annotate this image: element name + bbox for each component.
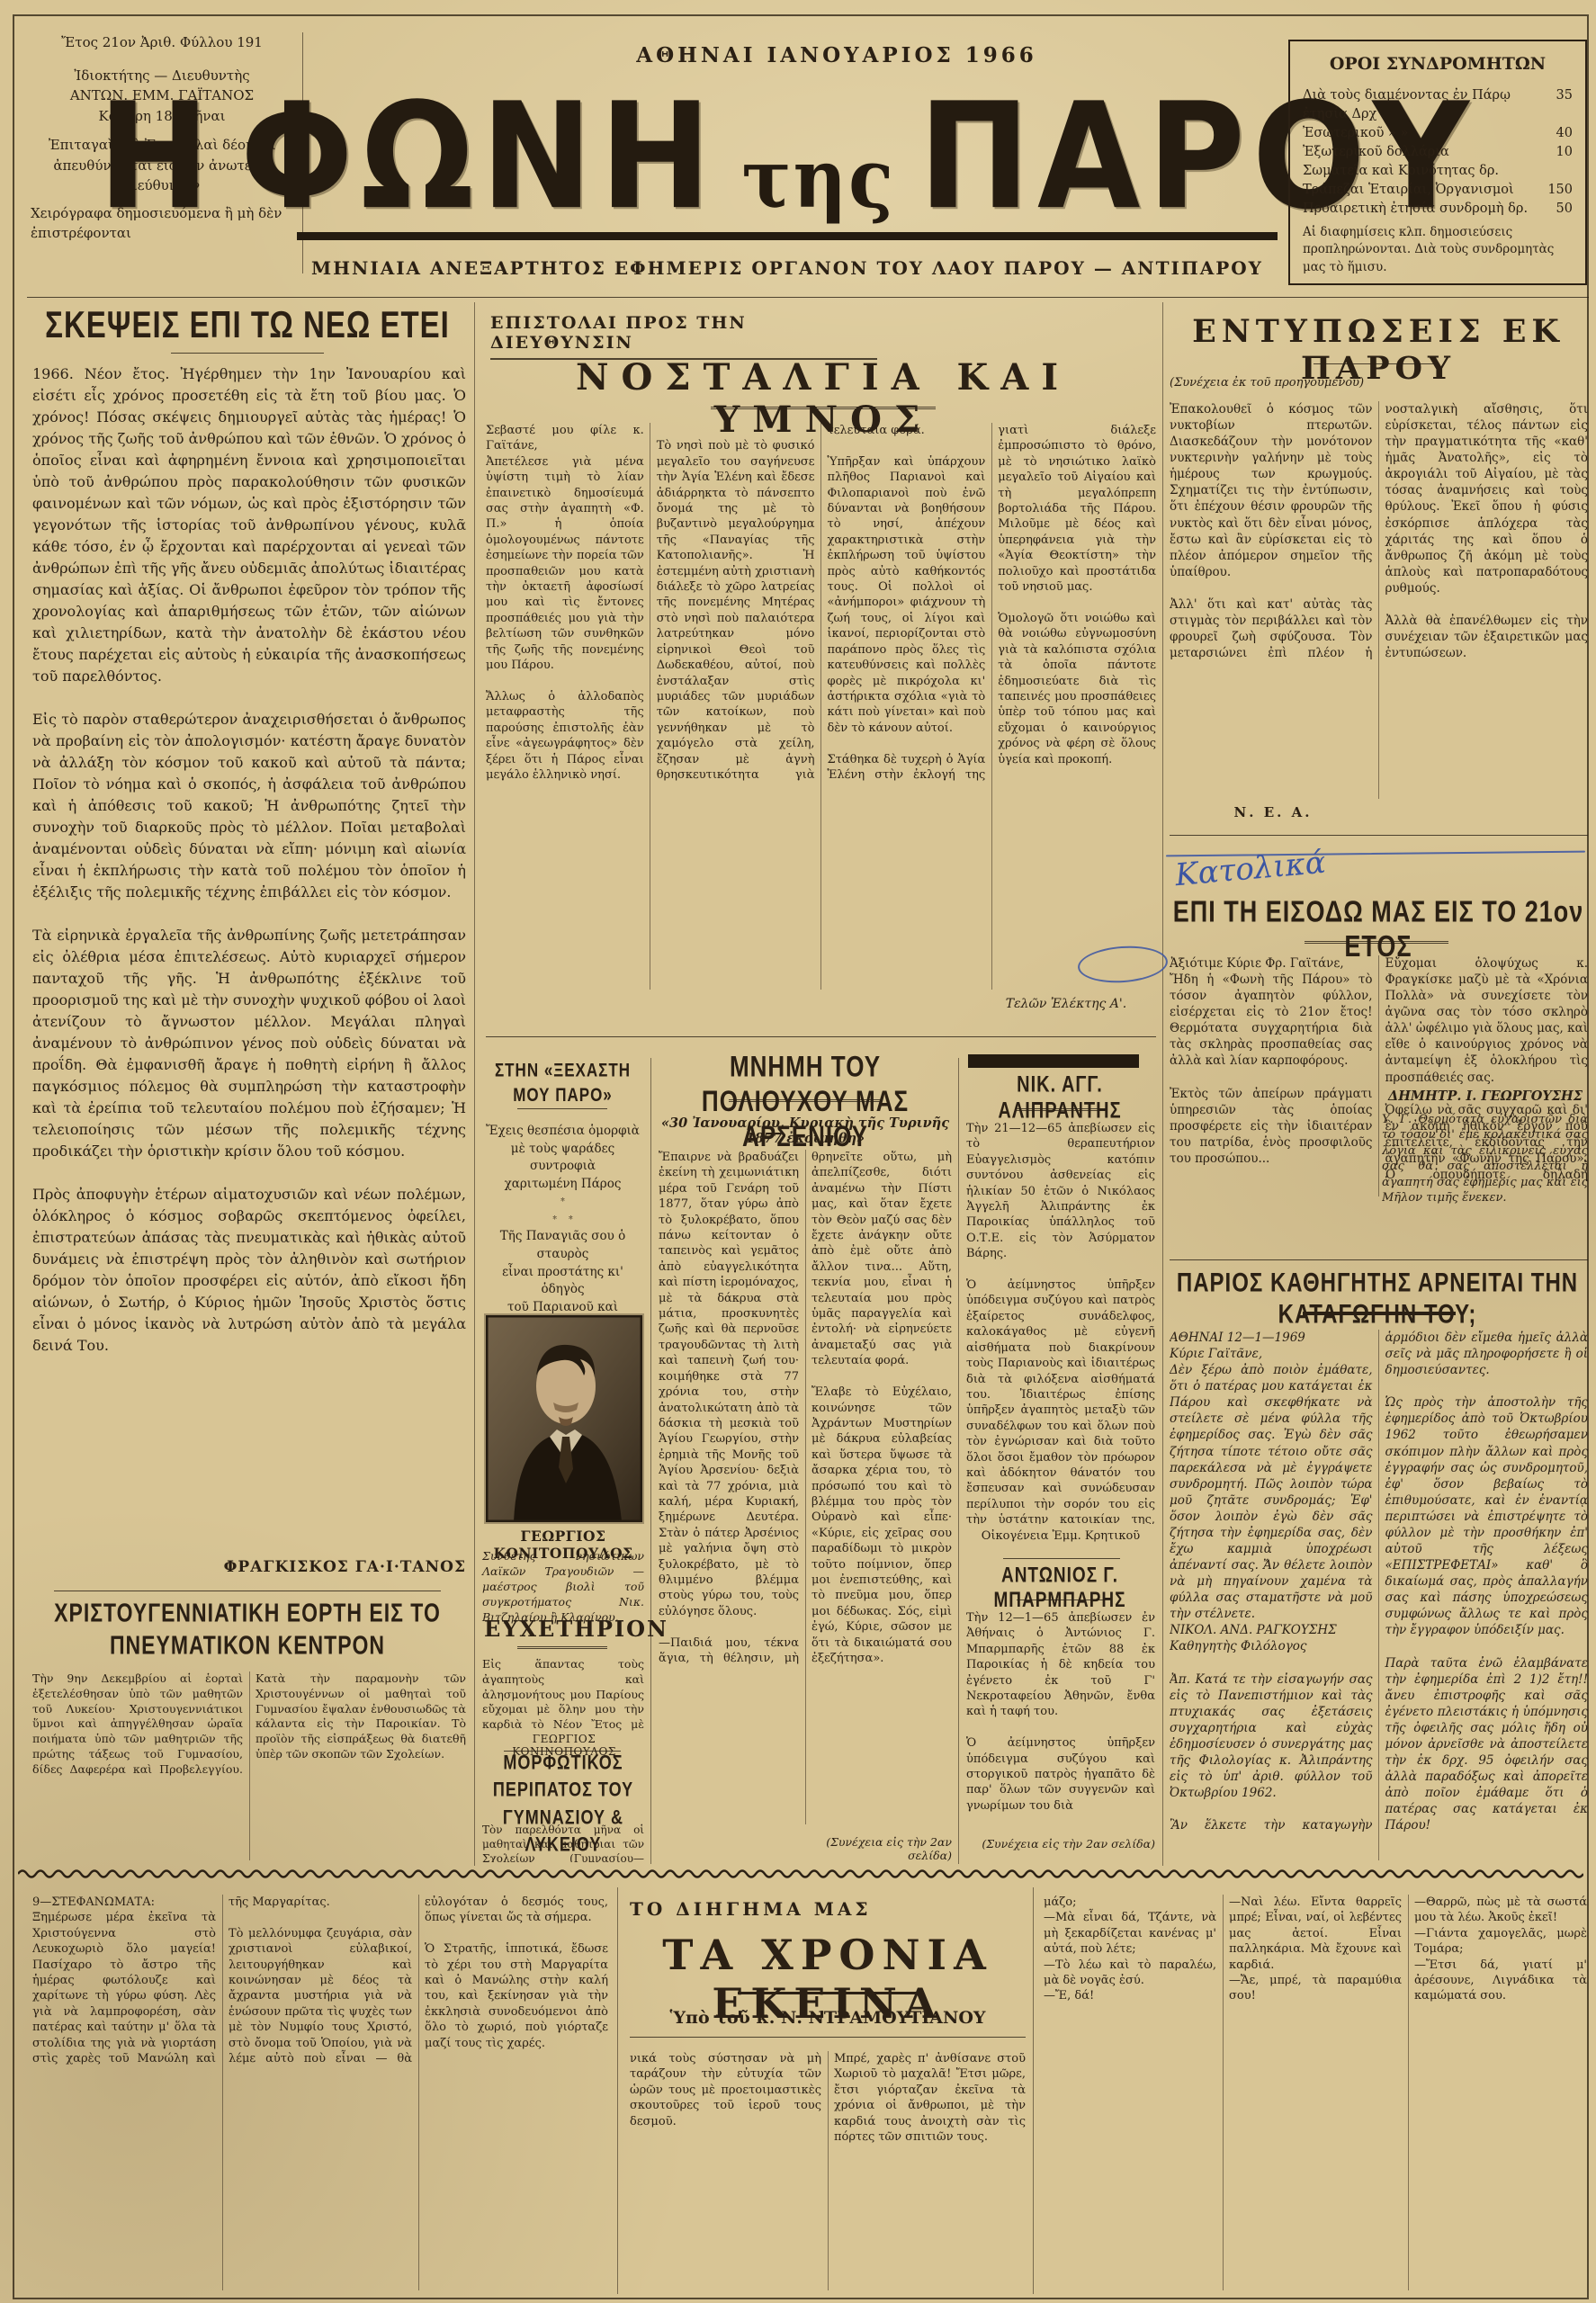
eisodo-postscript: Υ. Γ. Θερμότατα εὐχαριστῶν διὰ τὸ τόσον … <box>1382 1112 1588 1247</box>
headline-rule <box>729 1099 882 1102</box>
aliprantis-signature: Οἰκογένεια Ἐμμ. Κρητικοῦ <box>966 1529 1155 1543</box>
headline-rule <box>1314 363 1439 364</box>
column-rule <box>474 302 475 1866</box>
handwritten-note: Κατολικά <box>1174 845 1328 893</box>
eisodo-signature: ΔΗΜΗΤΡ. Ι. ΓΕΩΡΓΟΥΣΗΣ <box>1382 1089 1589 1104</box>
column-rule <box>650 1058 651 1864</box>
subscription-row: Σωματεῖα καὶ Κοινότητας δρ. <box>1303 162 1573 181</box>
section-rule <box>1003 1558 1120 1559</box>
title-underline <box>297 232 1278 240</box>
paper-title: Η ΦΩΝΗ της ΠΑΡΟΥ <box>297 71 1278 241</box>
eisodo-headline: ΕΠΙ ΤΗ ΕΙΣΟΔΩ ΜΑΣ ΕΙΣ ΤΟ 21ον ΕΤΟΣ <box>1168 894 1589 964</box>
skepseis-headline: ΣΚΕΨΕΙΣ ΕΠΙ ΤΩ ΝΕΩ ΕΤΕΙ <box>36 303 459 346</box>
barbaris-headline: ΑΝΤΩΝΙΟΣ Γ. ΜΠΑΡΜΠΑΡΗΣ <box>964 1564 1155 1614</box>
aliprantis-body: Τὴν 21—12—65 ἀπεβίωσεν εἰς τὸ θεραπευτήρ… <box>966 1121 1155 1524</box>
mnimi-body: Ἔπαιρνε νὰ βραδυάζει ἐκείνη τὴ χειμωνιάτ… <box>659 1150 952 1824</box>
section-rule <box>486 1036 1156 1037</box>
portrait-illustration <box>487 1316 641 1521</box>
euxetirion-headline: ΕΥΧΕΤΗΡΙΟΝ <box>484 1616 641 1642</box>
headline-rule <box>1303 1312 1456 1315</box>
mnimi-continuation: (Συνέχεια εἰς τὴν 2αν σελίδα) <box>792 1835 952 1862</box>
diigima-byline: Ὑπὸ τοῦ κ. Ν. ΝΤΡΑΜΟΥΤΙΑΝΟΥ <box>630 2008 1026 2028</box>
entyposeis-kicker: (Συνέχεια ἐκ τοῦ προηγουμένου) <box>1170 376 1373 390</box>
euxetirion-body: Εἰς ἅπαντας τοὺς ἀγαπητοὺς καὶ ἀλησμονήτ… <box>482 1657 644 1733</box>
wavy-divider <box>18 1868 1583 1880</box>
diigima-kicker: ΤΟ ΔΙΗΓΗΜΑ ΜΑΣ <box>630 1898 900 1920</box>
christmas-headline: ΧΡΙΣΤΟΥΓΕΝΝΙΑΤΙΚΗ ΕΟΡΤΗ ΕΙΣ ΤΟ ΠΝΕΥΜΑΤΙΚ… <box>36 1597 459 1662</box>
section-rule <box>1170 835 1588 836</box>
skepseis-body: 1966. Νέον ἔτος. Ἠγέρθημεν τὴν 1ην Ἰανου… <box>32 363 466 1551</box>
section-rule <box>54 1591 441 1591</box>
morfotikos-body: Τὸν παρελθόντα μῆνα οἱ μαθηταὶ καὶ μαθήτ… <box>482 1823 644 1862</box>
xexasti-headline: ΣΤΗΝ «ΞΕΧΑΣΤΗ ΜΟΥ ΠΑΡΟ» <box>484 1058 641 1107</box>
title-word-3: της <box>741 132 895 228</box>
subscription-row: Τράπεζαι Ἑταιρίαι, Ὀργανισμοὶ150 <box>1303 181 1573 200</box>
headline-rule <box>738 1992 918 1994</box>
entyposeis-body: Ἐπακολουθεῖ ὁ κόσμος τῶν νυκτοβίων πτερω… <box>1170 401 1588 799</box>
nostalgia-signature: Τελῶν Ἐλέκτης Α'. <box>976 997 1156 1011</box>
subscription-row: Ἐξωτερικοῦ δολλάρια10 <box>1303 143 1573 162</box>
header-divider <box>27 297 1589 298</box>
stefanomata-body: 9—ΣΤΕΦΑΝΩΜΑΤΑ: Ξημέρωσε μέρα ἐκεῖνα τὰ Χ… <box>32 1895 608 2290</box>
headline-rule <box>517 1646 607 1649</box>
subscription-row: Ἐσωτερικοῦ » »40 <box>1303 124 1573 143</box>
column-rule <box>617 1887 618 2294</box>
entyposeis-signature: Ν. Ε. Α. <box>1170 804 1376 820</box>
nostalgia-body: Σεβαστέ μου φίλε κ. Γαϊτάνε, Ἀπετέλεσε γ… <box>486 423 1156 990</box>
column-rule <box>1162 302 1163 1866</box>
subscription-note: Αἱ διαφημίσεις κλπ. δημοσιεύσεις προπληρ… <box>1303 224 1573 277</box>
title-word-1: Η <box>98 71 217 241</box>
barbaris-continuation: (Συνέχεια εἰς τὴν 2αν σελίδα) <box>966 1837 1155 1850</box>
byline-rule <box>630 2037 1026 2038</box>
christmas-body: Τὴν 9ην Δεκεμβρίου αἱ ἑορταὶ ἐξετελέσθησ… <box>32 1671 466 1860</box>
photo-caption-sub: Συνθέτης νησιώτικων Λαϊκῶν Τραγουδιῶν — … <box>482 1549 644 1625</box>
mnimi-epigraph: «30 Ἰανουαρίου, Κυριακὴ τῆς Τυρινῆς 1877… <box>659 1116 952 1146</box>
column-rule <box>958 1058 959 1864</box>
issue-line: Ἔτος 21ον Ἀριθ. Φύλλου 191 <box>31 32 293 53</box>
barbaris-body: Τὴν 12—1—65 ἀπεβίωσεν ἐν Ἀθήναις ὁ Ἀντών… <box>966 1610 1155 1828</box>
headline-rule <box>517 1108 607 1109</box>
headline-rule <box>1017 1108 1103 1111</box>
aliprantis-headline: ΝΙΚ. ΑΓΓ. ΑΛΙΠΡΑΝΤΗΣ <box>964 1072 1155 1125</box>
diigima-dialogue: μάζο; —Μὰ εἶναι δά, Τζάντε, νὰ μὴ ξεκαρδ… <box>1044 1895 1587 2290</box>
headline-rule <box>1305 941 1448 944</box>
headline-rule <box>711 407 936 409</box>
subscription-title: ΟΡΟΙ ΣΥΝΔΡΟΜΗΤΩΝ <box>1303 52 1573 77</box>
headline-rule <box>171 353 324 354</box>
subtitle: ΜΗΝΙΑΙΑ ΑΝΕΞΑΡΤΗΤΟΣ ΕΦΗΜΕΡΙΣ ΟΡΓΑΝΟΝ ΤΟΥ… <box>297 257 1278 279</box>
headline-rule <box>1017 1600 1103 1600</box>
newspaper-page: Ἔτος 21ον Ἀριθ. Φύλλου 191 Ἰδιοκτήτης — … <box>0 0 1596 2303</box>
obituary-bar <box>968 1054 1139 1068</box>
parios-headline: ΠΑΡΙΟΣ ΚΑΘΗΓΗΤΗΣ ΑΡΝΕΙΤΑΙ ΤΗΝ ΚΑΤΑΓΩΓΗΝ … <box>1166 1268 1589 1331</box>
diigima-body: νικά τοὺς σύστησαν νὰ μὴ ταράζουν τὴν εὐ… <box>630 2051 1026 2290</box>
section-rule <box>1170 1259 1588 1260</box>
parios-body: ΑΘΗΝΑΙ 12—1—1969 Κύριε Γαϊτᾶνε, Δὲν ξέρω… <box>1170 1330 1588 1860</box>
dateline: ΑΘΗΝΑΙ ΙΑΝΟΥΑΡΙΟΣ 1966 <box>450 43 1224 67</box>
subscription-box: ΟΡΟΙ ΣΥΝΔΡΟΜΗΤΩΝ Διὰ τοὺς διαμένοντας ἐν… <box>1288 40 1587 285</box>
letters-kicker: ΕΠΙΣΤΟΛΑΙ ΠΡΟΣ ΤΗΝ ΔΙΕΥΘΥΝΣΙΝ <box>490 313 877 360</box>
title-word-2: ΦΩΝΗ <box>240 71 718 241</box>
skepseis-signature: ΦΡΑΓΚΙΣΚΟΣ ΓΑ·Ι·ΤΑΝΟΣ <box>32 1558 466 1576</box>
portrait-photo <box>486 1315 642 1522</box>
subscription-row: Προαιρετικὴ ἐτησία συνδρομὴ δρ.50 <box>1303 200 1573 219</box>
column-rule <box>1033 1887 1034 2294</box>
subscription-row: Διὰ τοὺς διαμένοντας ἐν Πάρῳ ἐτησία Δρχ3… <box>1303 86 1573 124</box>
